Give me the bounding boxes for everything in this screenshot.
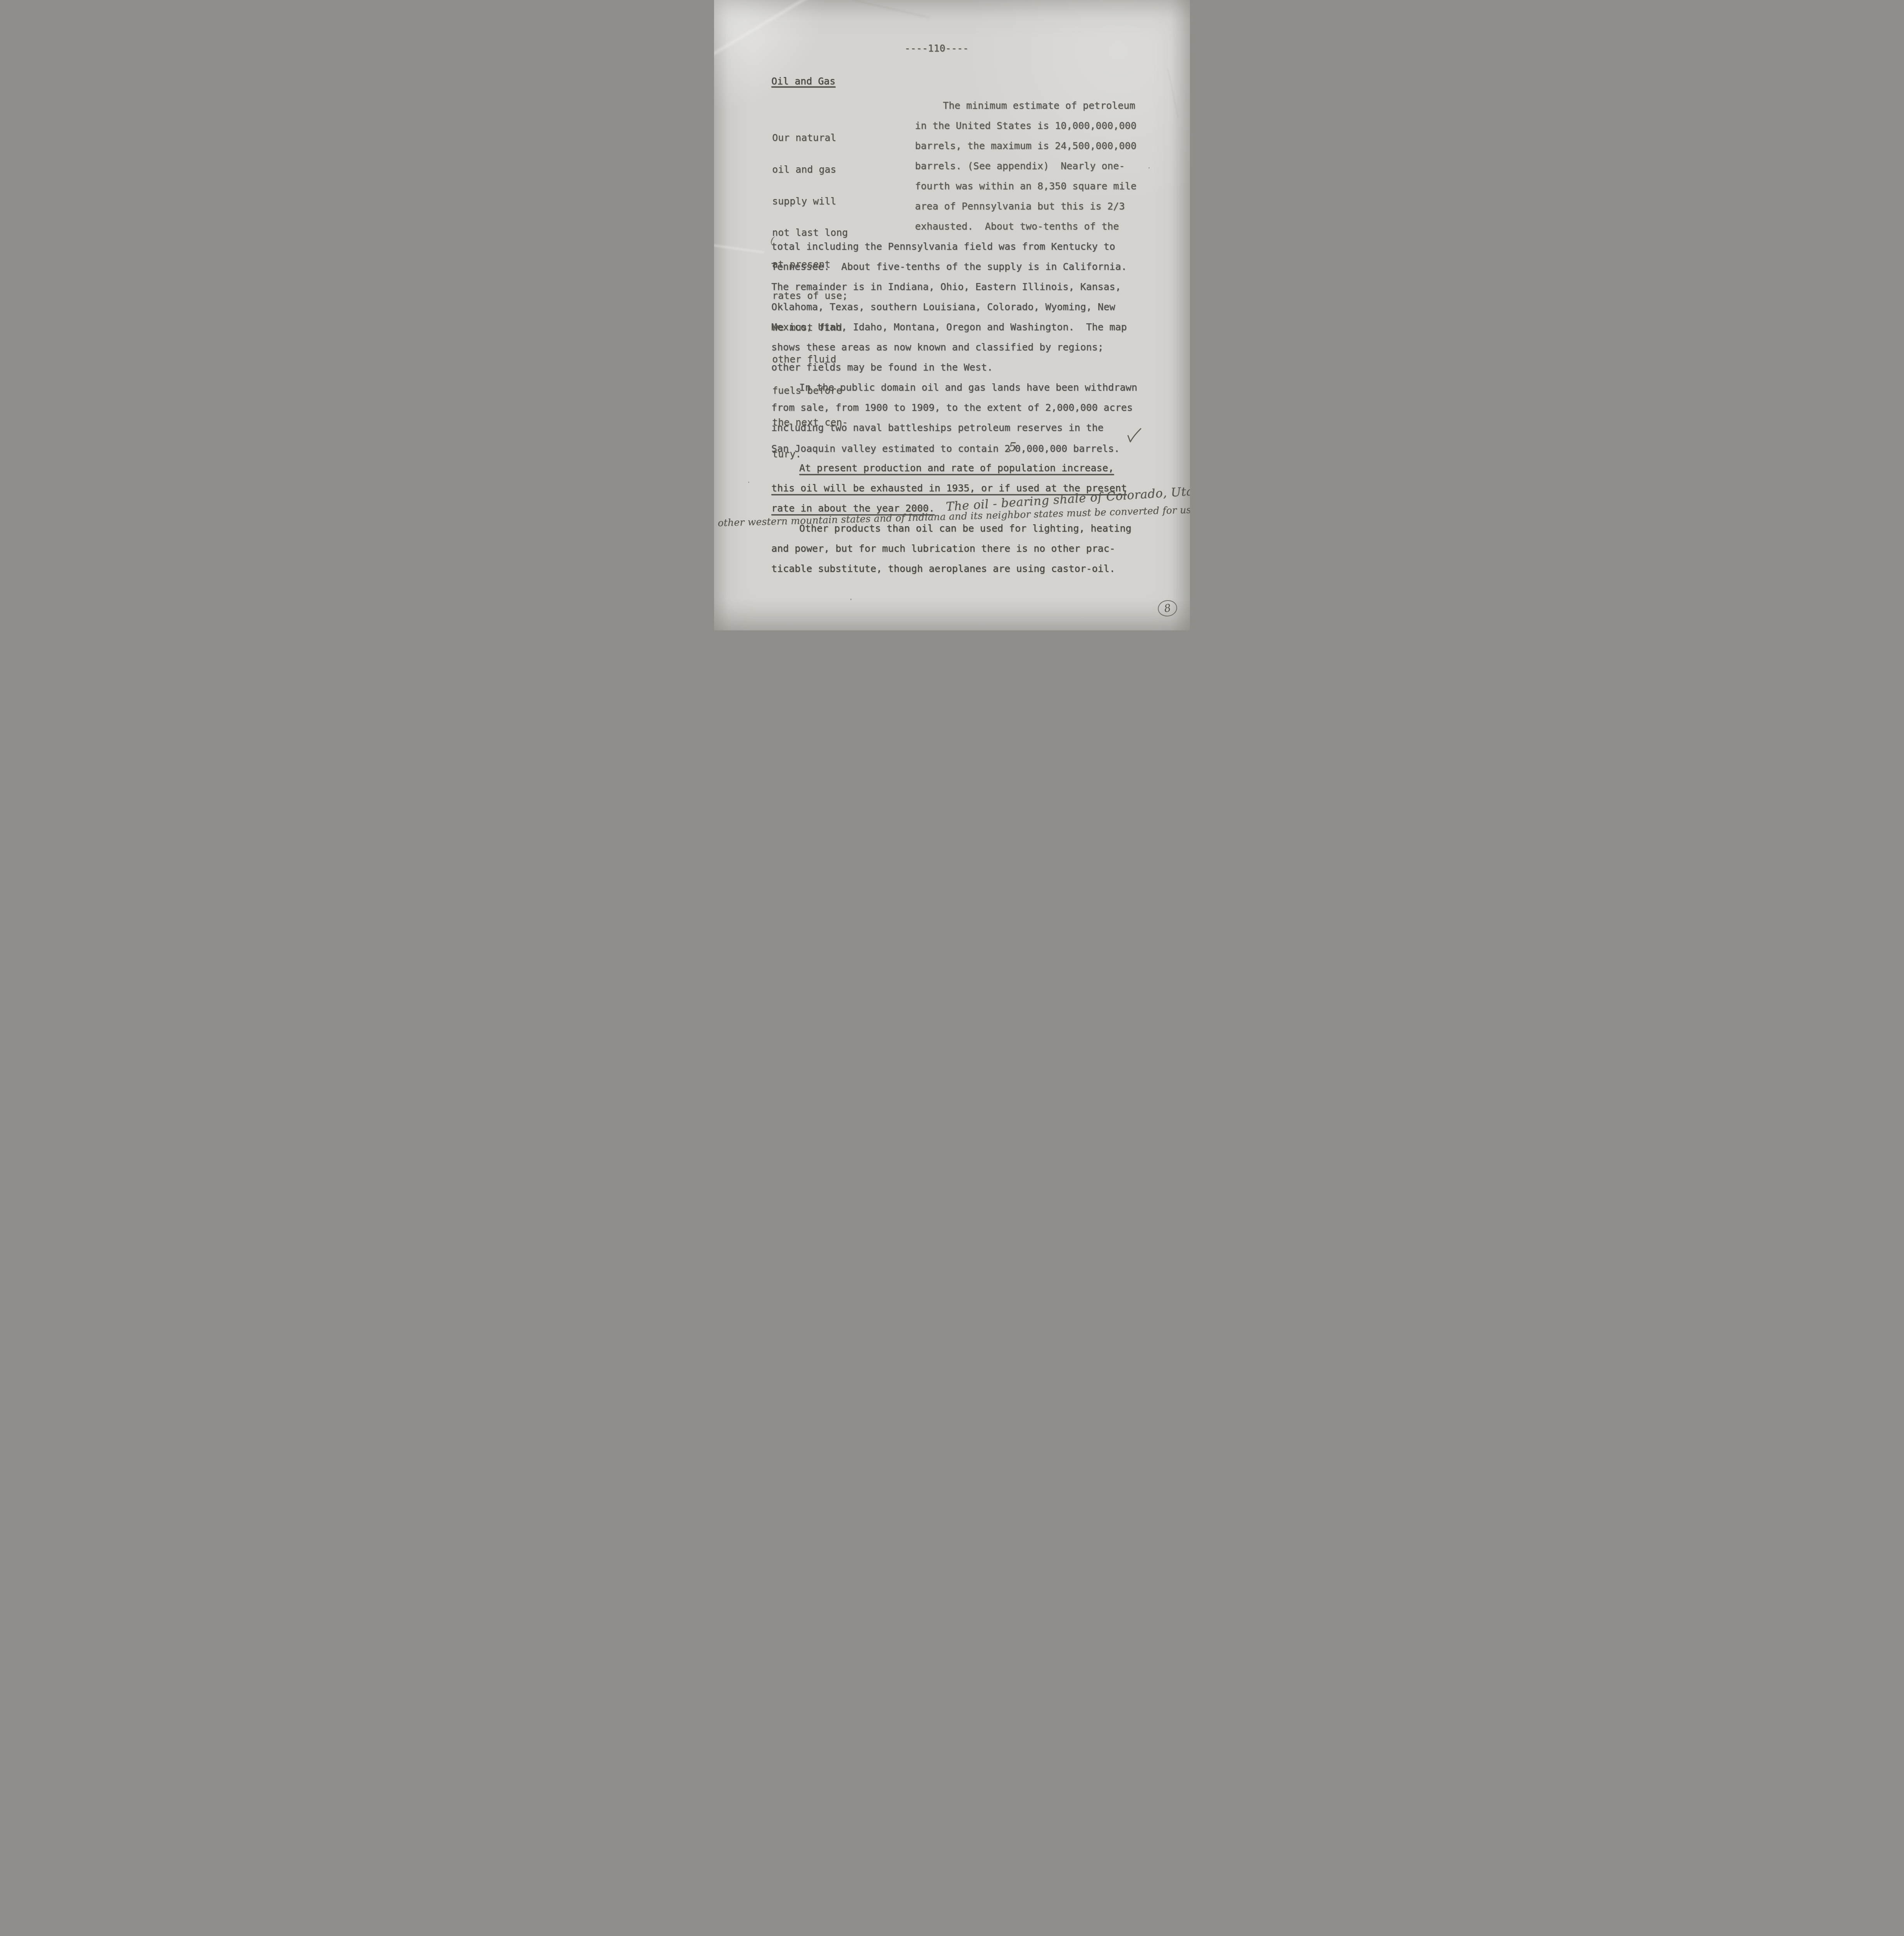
check-mark-annotation: [1126, 427, 1142, 446]
body-line: San Joaquin valley estimated to contain …: [771, 443, 1120, 454]
circled-page-number: 8: [1163, 602, 1171, 614]
body-line: The minimum estimate of petroleum: [943, 101, 1135, 111]
body-line: Tennessee. About five-tenths of the supp…: [771, 262, 1127, 272]
body-line: other fields may be found in the West.: [771, 362, 993, 372]
body-line: from sale, from 1900 to 1909, to the ext…: [771, 403, 1133, 413]
body-line: The remainder is in Indiana, Ohio, Easte…: [771, 282, 1121, 292]
body-line-text: San Joaquin valley estimated to contain …: [771, 443, 1010, 454]
check-mark-icon: [1126, 427, 1142, 445]
margin-note-line: supply will: [772, 196, 848, 206]
ink-speck: [748, 482, 749, 483]
body-line: Other products than oil can be used for …: [799, 523, 1131, 534]
body-line: shows these areas as now known and class…: [771, 342, 1104, 352]
body-line: barrels. (See appendix) Nearly one-: [915, 161, 1125, 171]
ink-speck: [850, 599, 852, 600]
section-heading: Oil and Gas: [771, 76, 836, 86]
body-line: total including the Pennsylvania field w…: [771, 242, 1115, 252]
body-line: fourth was within an 8,350 square mile: [915, 181, 1137, 191]
body-line: including two naval battleships petroleu…: [771, 423, 1104, 433]
body-line: and power, but for much lubrication ther…: [771, 544, 1115, 554]
paper-crease: [714, 0, 839, 59]
underlined-line: At present production and rate of popula…: [799, 463, 1114, 473]
margin-note-line: oil and gas: [772, 164, 848, 175]
body-line: Oklahoma, Texas, southern Louisiana, Col…: [771, 302, 1115, 312]
margin-note-line: Our natural: [772, 132, 848, 143]
handwritten-inserted-digit: 5: [1009, 442, 1016, 452]
paper-crease: [835, 0, 930, 18]
body-line: Mexico, Utah, Idaho, Montana, Oregon and…: [771, 322, 1127, 332]
body-line: in the United States is 10,000,000,000: [915, 121, 1137, 131]
body-line: barrels, the maximum is 24,500,000,000: [915, 141, 1137, 151]
margin-note-line: not last long: [772, 227, 848, 238]
body-line: exhausted. About two-tenths of the: [915, 221, 1119, 232]
paper-crease: [714, 244, 764, 253]
body-line: ticable substitute, though aeroplanes ar…: [771, 564, 1115, 574]
page-number: ----110----: [905, 43, 969, 53]
paper-crease: [1167, 69, 1179, 118]
body-line: In the public domain oil and gas lands h…: [799, 383, 1137, 393]
ink-speck: [1149, 167, 1150, 168]
body-line-text: 0,000,000 barrels.: [1015, 443, 1120, 454]
body-line: area of Pennsylvania but this is 2/3: [915, 201, 1125, 211]
circled-page-mark: 8: [1157, 599, 1178, 618]
scanned-typewritten-page: ----110---- Oil and Gas Our natural oil …: [714, 0, 1190, 630]
